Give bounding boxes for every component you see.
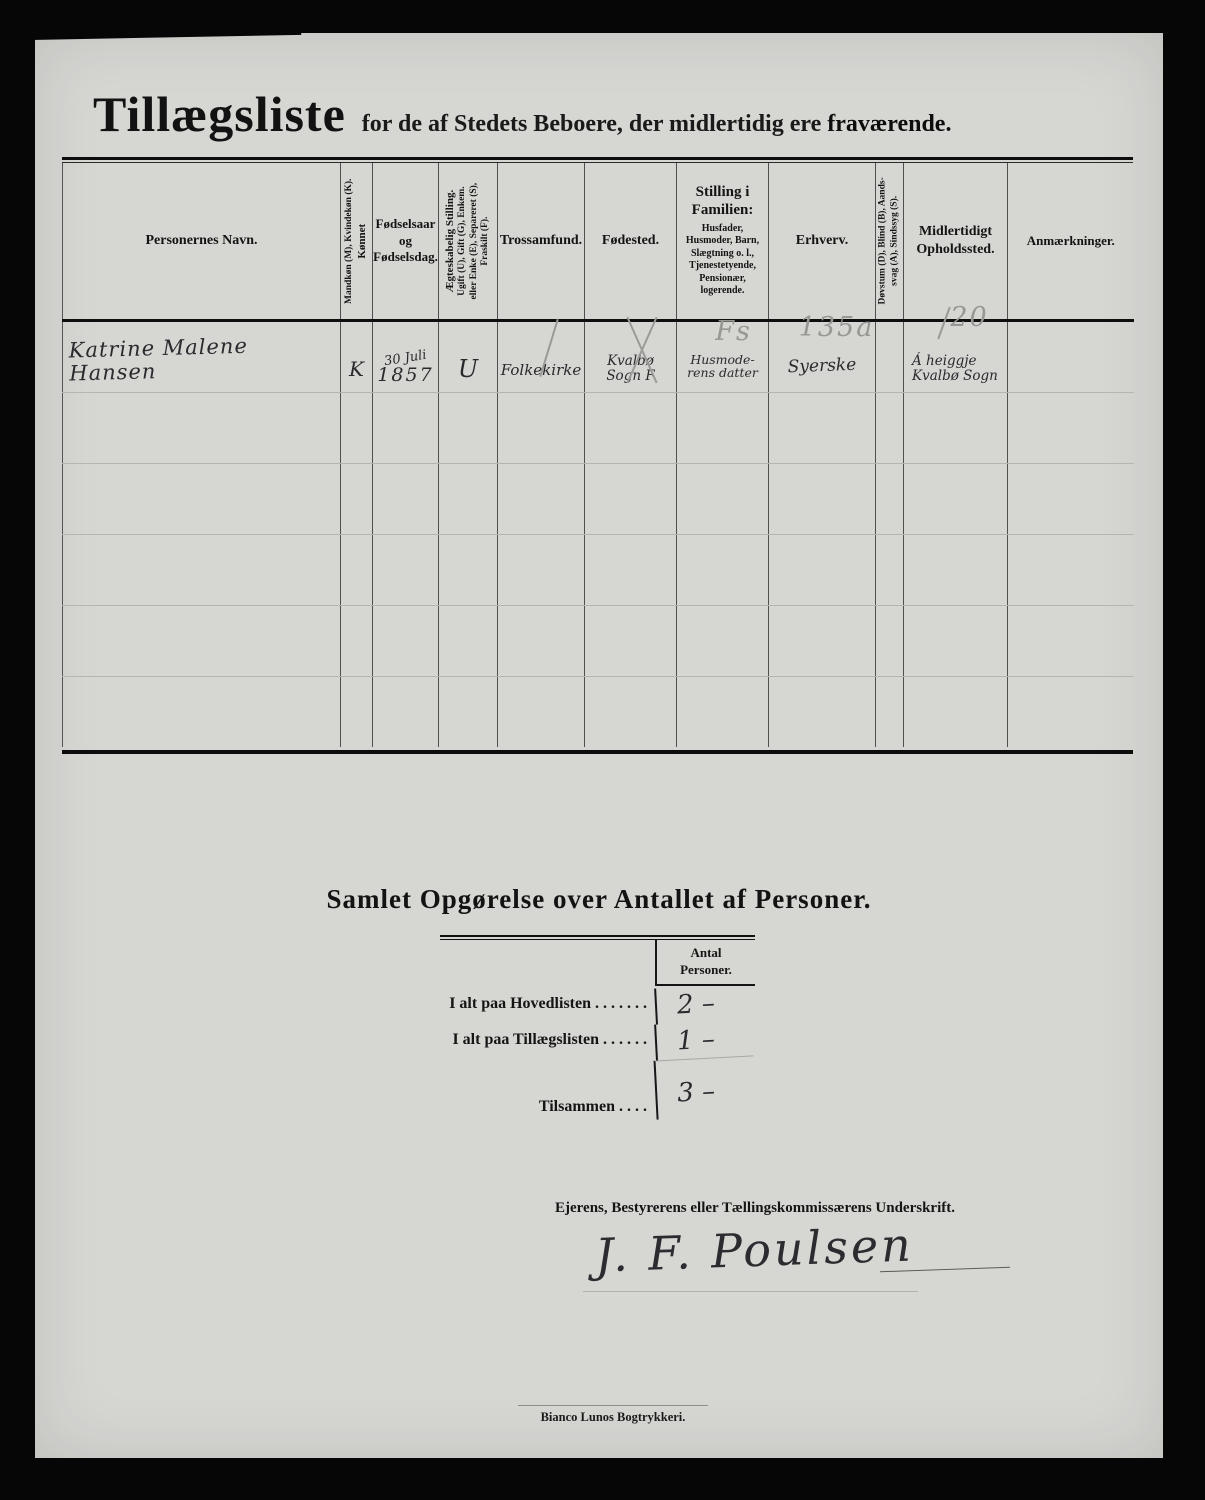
col-header-family-sub: Husfader, Husmoder, Barn, Slægtning o. l… [677, 223, 768, 298]
col-header-marital-sub2: eller Enke (E), Separeret (S), [468, 183, 480, 300]
pencil-family-code: Fs [715, 316, 752, 347]
handwritten-occupation: Syerske [769, 355, 876, 377]
scan-edge-artifact [31, 21, 301, 40]
handwritten-family-line1: Husmode- [677, 353, 768, 367]
summary-col-header: Antal Personer. [655, 940, 755, 986]
handwritten-family: Husmode- rens datter [677, 353, 768, 381]
handwritten-marital: U [439, 356, 497, 382]
handwritten-stay: Á heiggje Kvalbø Sogn [904, 354, 1007, 384]
col-header-sex-rotated: Kønnet Mandkøn (M), Kvindekøn (K). [344, 225, 369, 256]
cell-disability [876, 321, 904, 393]
printer-imprint: Bianco Lunos Bogtrykkeri. [518, 1405, 708, 1425]
handwritten-name: Katrine Malene Hansen [62, 332, 340, 385]
cell-family: Fs Husmode- rens datter [677, 321, 769, 393]
col-header-birth-line1: Fødselsaar [373, 216, 438, 233]
table-row-empty [63, 464, 1134, 535]
col-header-sex-sub: Mandkøn (M), Kvindekøn (K). [344, 178, 356, 303]
summary-table: Antal Personer. I alt paa Hovedlisten . … [440, 935, 755, 1122]
handwritten-family-line2: rens datter [677, 366, 768, 380]
handwritten-birthplace: Kvalbø Sogn F [585, 354, 676, 384]
handwritten-sex: K [341, 358, 372, 380]
summary-row-label: I alt paa Tillægslisten . . . . . . [440, 1022, 655, 1058]
handwritten-stay-line2: Kvalbø Sogn [912, 369, 1007, 384]
cell-remarks [1008, 321, 1134, 393]
col-header-disability-line2: svag (A), Sindssyg (S). [890, 196, 902, 286]
cell-marital: U [439, 321, 498, 393]
col-header-marital-sub1: Ugift (U), Gift (G), Enkem. [457, 186, 469, 296]
col-header-marital: Ægteskabelig Stilling. Ugift (U), Gift (… [439, 163, 498, 321]
col-header-birth-line3: Fødselsdag. [373, 249, 438, 266]
form-title-subtitle-emphasis: fraværende. [827, 111, 951, 137]
col-header-remarks: Anmærkninger. [1008, 163, 1134, 321]
summary-header-spacer [440, 940, 655, 986]
col-header-disability-rotated: Døvstum (D), Blind (B), Aands- svag (A),… [878, 228, 902, 255]
col-header-family-heading: Stilling i Familien: [677, 184, 768, 219]
col-header-birth-line2: og [373, 233, 438, 250]
col-header-birthplace: Fødested. [585, 163, 677, 321]
pencil-stay-code: 20 [950, 302, 988, 333]
col-header-stay: Midlertidigt Opholdssted. [904, 163, 1008, 321]
cell-sex: K [341, 321, 373, 393]
table-row-empty [63, 677, 1134, 748]
signature-underline [583, 1291, 918, 1292]
col-header-disability-line1: Døvstum (D), Blind (B), Aands- [878, 177, 890, 304]
col-header-occupation: Erhverv. [769, 163, 876, 321]
col-header-marital-rotated: Ægteskabelig Stilling. Ugift (U), Gift (… [444, 212, 492, 270]
cell-stay: 20 Á heiggje Kvalbø Sogn [904, 321, 1008, 393]
summary-col-header-line1: Antal [690, 945, 721, 962]
page-title: Tillægsliste for de af Stedets Beboere, … [93, 85, 1133, 143]
handwritten-stay-line1: Á heiggje [912, 354, 1007, 369]
header-row: Personernes Navn. Kønnet Mandkøn (M), Kv… [63, 163, 1134, 321]
summary-row-value: 2 – [654, 983, 756, 1024]
cell-name: Katrine Malene Hansen [63, 321, 341, 393]
scanned-census-page: Tillægsliste for de af Stedets Beboere, … [35, 33, 1163, 1458]
cell-occupation: 135a Syerske [769, 321, 876, 393]
summary-row-label: I alt paa Hovedlisten . . . . . . . [440, 986, 655, 1022]
col-header-marital-heading: Ægteskabelig Stilling. [444, 190, 457, 293]
signature-handwritten: J. F. Poulsen [594, 1219, 914, 1281]
cell-religion: Folkekirke [498, 321, 585, 393]
col-header-stay-line1: Midlertidigt [904, 223, 1007, 241]
col-header-name: Personernes Navn. [63, 163, 341, 321]
col-header-sex: Kønnet Mandkøn (M), Kvindekøn (K). [341, 163, 373, 321]
census-table: Personernes Navn. Kønnet Mandkøn (M), Kv… [62, 163, 1134, 747]
form-title-subtitle: for de af Stedets Beboere, der midlertid… [362, 111, 952, 138]
table-row-empty [63, 393, 1134, 464]
col-header-disability: Døvstum (D), Blind (B), Aands- svag (A),… [876, 163, 904, 321]
table-row-empty [63, 606, 1134, 677]
cell-birth: 30 Juli 1857 [373, 321, 439, 393]
pencil-occupation-code: 135a [799, 312, 875, 343]
col-header-marital-sub3: Fraskilt (F). [480, 216, 492, 265]
handwritten-birthplace-line1: Kvalbø [585, 354, 676, 369]
table-row-empty [63, 535, 1134, 606]
summary-row-value: 3 – [654, 1055, 757, 1119]
summary-col-header-line2: Personer. [680, 962, 732, 979]
summary-row-label: Tilsammen . . . . [440, 1058, 655, 1122]
summary-row-value: 1 – [654, 1019, 756, 1060]
col-header-sex-heading: Kønnet [356, 224, 369, 259]
table-bottom-rule [62, 750, 1133, 754]
col-header-stay-line2: Opholdssted. [904, 241, 1007, 259]
signature-label: Ejerens, Bestyrerens eller Tællingskommi… [455, 1200, 1055, 1217]
cell-birthplace: Kvalbø Sogn F [585, 321, 677, 393]
handwritten-birth: 30 Juli 1857 [373, 352, 438, 386]
col-header-birth: Fødselsaar og Fødselsdag. [373, 163, 439, 321]
summary-title: Samlet Opgørelse over Antallet af Person… [35, 884, 1163, 915]
col-header-family: Stilling i Familien: Husfader, Husmoder,… [677, 163, 769, 321]
col-header-religion: Trossamfund. [498, 163, 585, 321]
form-title-main: Tillægsliste [93, 85, 346, 143]
form-title-subtitle-text: for de af Stedets Beboere, der midlertid… [362, 111, 821, 137]
table-row: Katrine Malene Hansen K 30 Juli 1857 U F… [63, 321, 1134, 393]
